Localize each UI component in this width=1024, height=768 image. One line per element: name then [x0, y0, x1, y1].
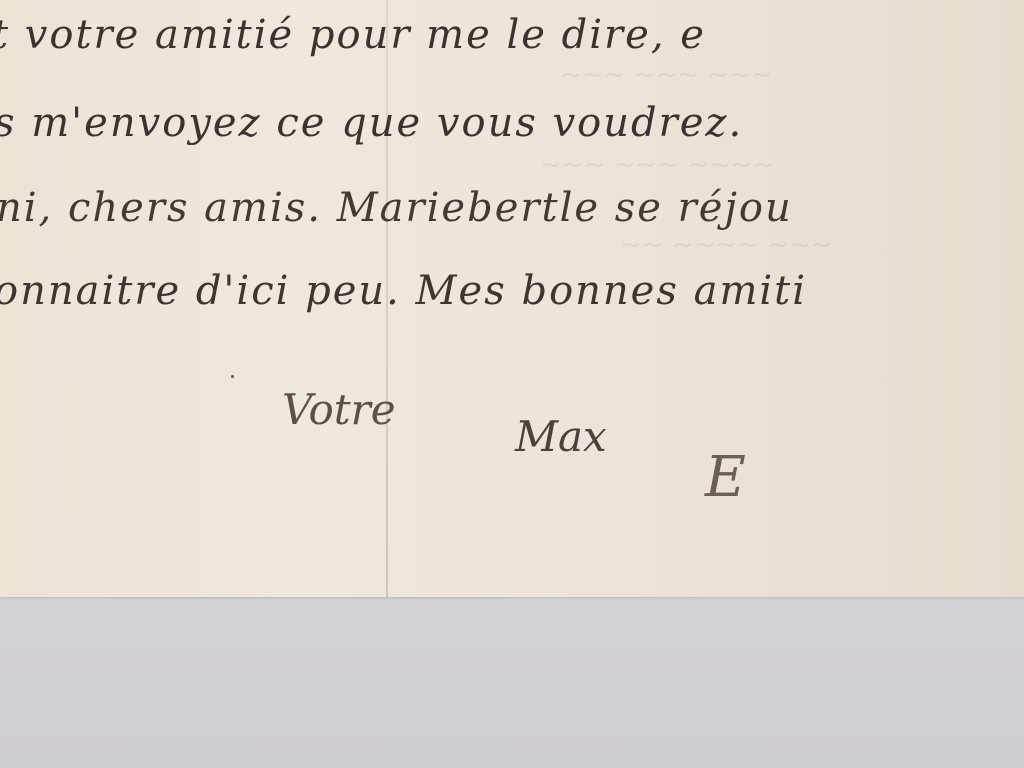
letter-line-2: s m'envoyez ce que vous voudrez. — [0, 100, 743, 146]
show-through-text: ~~ ~~~~ ~~~ — [620, 230, 833, 260]
letter-paper: ~~~ ~~~ ~~~ ~~~ ~~~ ~~~~ ~~ ~~~~ ~~~ t v… — [0, 0, 1024, 597]
letter-closing: Votre — [282, 385, 396, 434]
show-through-text: ~~~ ~~~ ~~~ — [560, 60, 773, 90]
letter-line-1: t votre amitié pour me le dire, e — [0, 12, 706, 58]
letter-line-4: onnaitre d'ici peu. Mes bonnes amiti — [0, 268, 807, 314]
table-surface — [0, 597, 1024, 768]
letter-line-3: ni, chers amis. Mariebertle se réjou — [0, 185, 793, 231]
show-through-text: ~~~ ~~~ ~~~~ — [540, 150, 774, 180]
ink-speck — [231, 375, 234, 378]
signature-initial: E — [705, 445, 746, 510]
signature-name: Max — [515, 412, 607, 461]
